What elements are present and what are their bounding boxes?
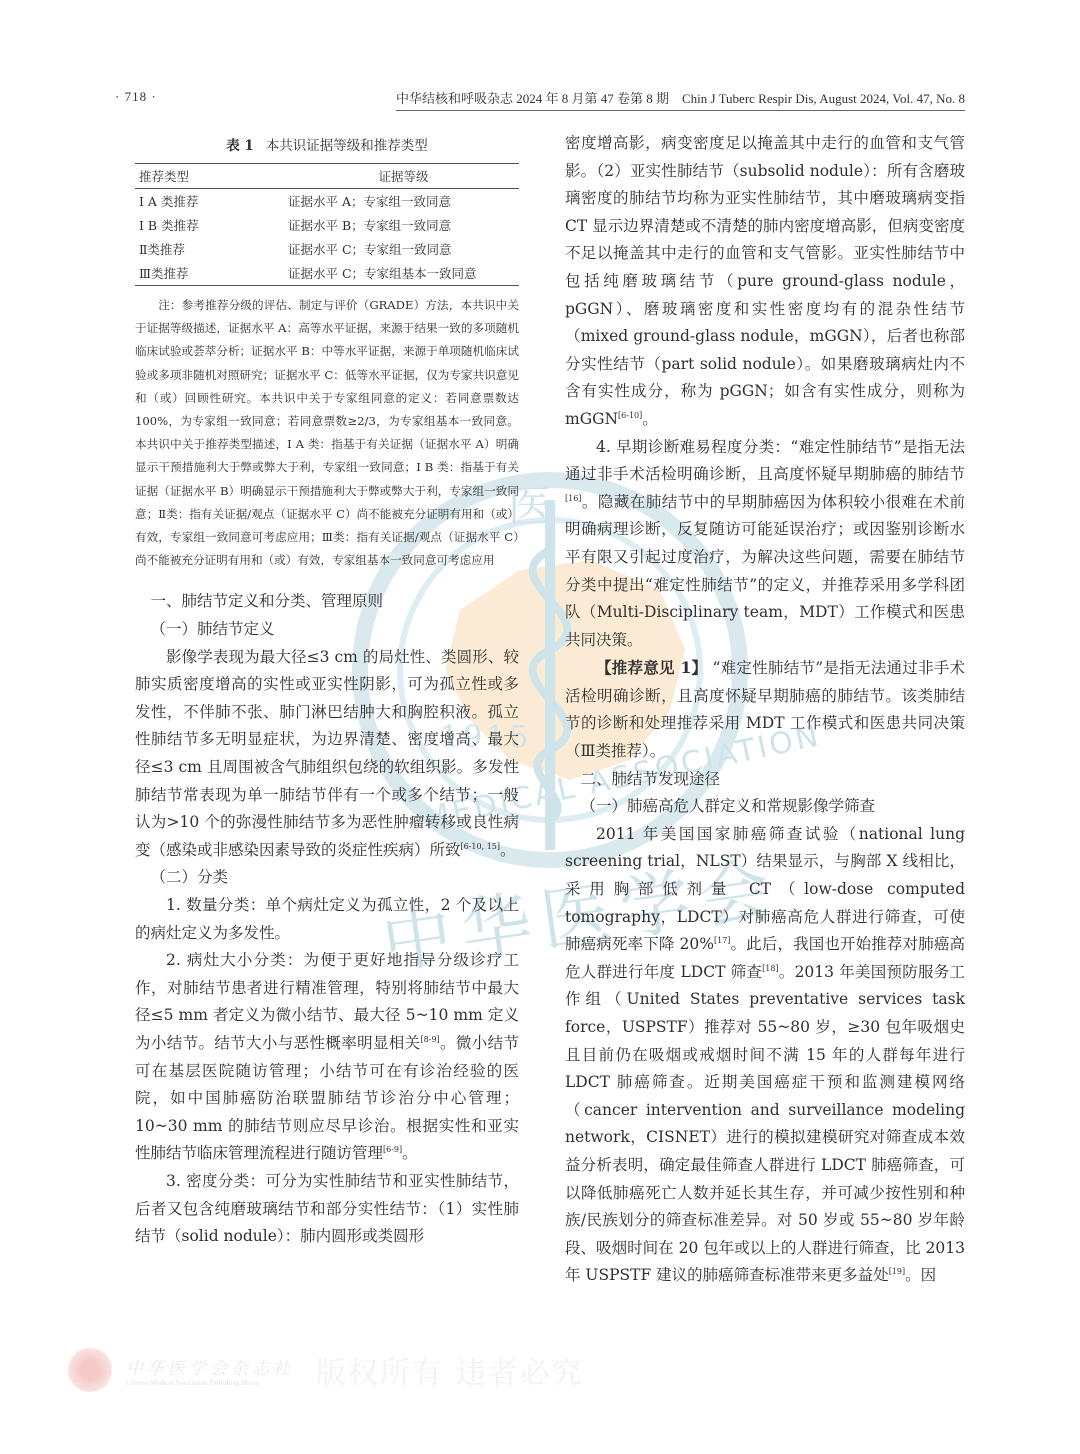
table-row: Ⅰ B 类推荐证据水平 B；专家组一致同意 <box>135 213 519 237</box>
paragraph-screening: 2011 年美国国家肺癌筛查试验（national lung screening… <box>565 821 965 1290</box>
table-row: Ⅱ类推荐证据水平 C；专家组一致同意 <box>135 237 519 261</box>
table-cell: Ⅱ类推荐 <box>135 237 284 261</box>
left-body: 一、肺结节定义和分类、管理原则 （一）肺结节定义 影像学表现为最大径≤3 cm … <box>135 588 519 1250</box>
copyright-notice: 版权所有 违者必究 <box>316 1348 584 1392</box>
subsection-heading-classification: （二）分类 <box>135 864 519 892</box>
journal-citation: 中华结核和呼吸杂志 2024 年 8 月第 47 卷第 8 期 Chin J T… <box>396 88 965 111</box>
citation: [6-10, 15] <box>461 842 500 851</box>
table-cell: 证据水平 C；专家组一致同意 <box>284 237 519 261</box>
paragraph-density-cont: 密度增高影，病变密度足以掩盖其中走行的血管和支气管影。（2）亚实性肺结节（sub… <box>565 130 965 434</box>
table-caption: 表 1本共识证据等级和推荐类型 <box>135 134 519 154</box>
paragraph-difficulty: 4. 早期诊断难易程度分类：“难定性肺结节”是指无法通过非手术活检明确诊断，且高… <box>565 434 965 655</box>
table-cell: 证据水平 A；专家组一致同意 <box>284 189 519 214</box>
evidence-table: 推荐类型 证据等级 Ⅰ A 类推荐证据水平 A；专家组一致同意 Ⅰ B 类推荐证… <box>135 163 519 286</box>
table-title: 本共识证据等级和推荐类型 <box>266 138 428 154</box>
subsection-heading-definition: （一）肺结节定义 <box>135 616 519 644</box>
paragraph-size: 2. 病灶大小分类：为便于更好地指导分级诊疗工作，对肺结节患者进行精准管理，特别… <box>135 947 519 1168</box>
table-header-row: 推荐类型 证据等级 <box>135 164 519 189</box>
col-header-evidence: 证据等级 <box>284 164 519 189</box>
table-note: 注：参考推荐分级的评估、制定与评价（GRADE）方法，本共识中关于证据等级描述，… <box>135 294 519 572</box>
left-column: 表 1本共识证据等级和推荐类型 推荐类型 证据等级 Ⅰ A 类推荐证据水平 A；… <box>135 130 519 1251</box>
table-cell: Ⅲ类推荐 <box>135 261 284 286</box>
citation: [17] <box>714 936 730 945</box>
subsection-heading-screening: （一）肺癌高危人群定义和常规影像学筛查 <box>565 793 965 821</box>
table-row: Ⅰ A 类推荐证据水平 A；专家组一致同意 <box>135 189 519 214</box>
table-row: Ⅲ类推荐证据水平 C；专家组基本一致同意 <box>135 261 519 286</box>
table-cell: Ⅰ A 类推荐 <box>135 189 284 214</box>
table-label: 表 1 <box>226 138 254 154</box>
citation: [6-9] <box>383 1145 402 1154</box>
running-header: · 718 · 中华结核和呼吸杂志 2024 年 8 月第 47 卷第 8 期 … <box>115 86 965 112</box>
recommendation-label: 【推荐意见 1】 <box>596 658 707 677</box>
publisher-name-en: Chinese Medical Association Publishing H… <box>126 1379 294 1387</box>
publisher-flower-icon <box>68 1348 112 1392</box>
citation: [16] <box>565 494 581 503</box>
publisher-footer: 中华医学会杂志社 Chinese Medical Association Pub… <box>68 1348 584 1392</box>
table-cell: Ⅰ B 类推荐 <box>135 213 284 237</box>
recommendation-1: 【推荐意见 1】 “难定性肺结节”是指无法通过非手术活检明确诊断，且高度怀疑早期… <box>565 654 965 765</box>
paragraph-quantity: 1. 数量分类：单个病灶定义为孤立性，2 个及以上的病灶定义为多发性。 <box>135 892 519 947</box>
section-heading-1: 一、肺结节定义和分类、管理原则 <box>135 588 519 616</box>
publisher-name-cn: 中华医学会杂志社 <box>126 1354 294 1379</box>
paragraph-density: 3. 密度分类：可分为实性肺结节和亚实性肺结节，后者又包含纯磨玻璃结节和部分实性… <box>135 1168 519 1251</box>
paragraph-definition: 影像学表现为最大径≤3 cm 的局灶性、类圆形、较肺实质密度增高的实性或亚实性阴… <box>135 644 519 865</box>
citation: [6-10] <box>618 411 642 420</box>
table-cell: 证据水平 C；专家组基本一致同意 <box>284 261 519 286</box>
citation: [8-9] <box>421 1035 440 1044</box>
citation: [19] <box>889 1267 905 1276</box>
section-heading-2: 二、肺结节发现途径 <box>565 766 965 794</box>
table-cell: 证据水平 B；专家组一致同意 <box>284 213 519 237</box>
page-number: · 718 · <box>115 89 157 105</box>
right-column: 密度增高影，病变密度足以掩盖其中走行的血管和支气管影。（2）亚实性肺结节（sub… <box>565 130 965 1290</box>
citation: [18] <box>762 964 778 973</box>
col-header-recommendation: 推荐类型 <box>135 164 284 189</box>
